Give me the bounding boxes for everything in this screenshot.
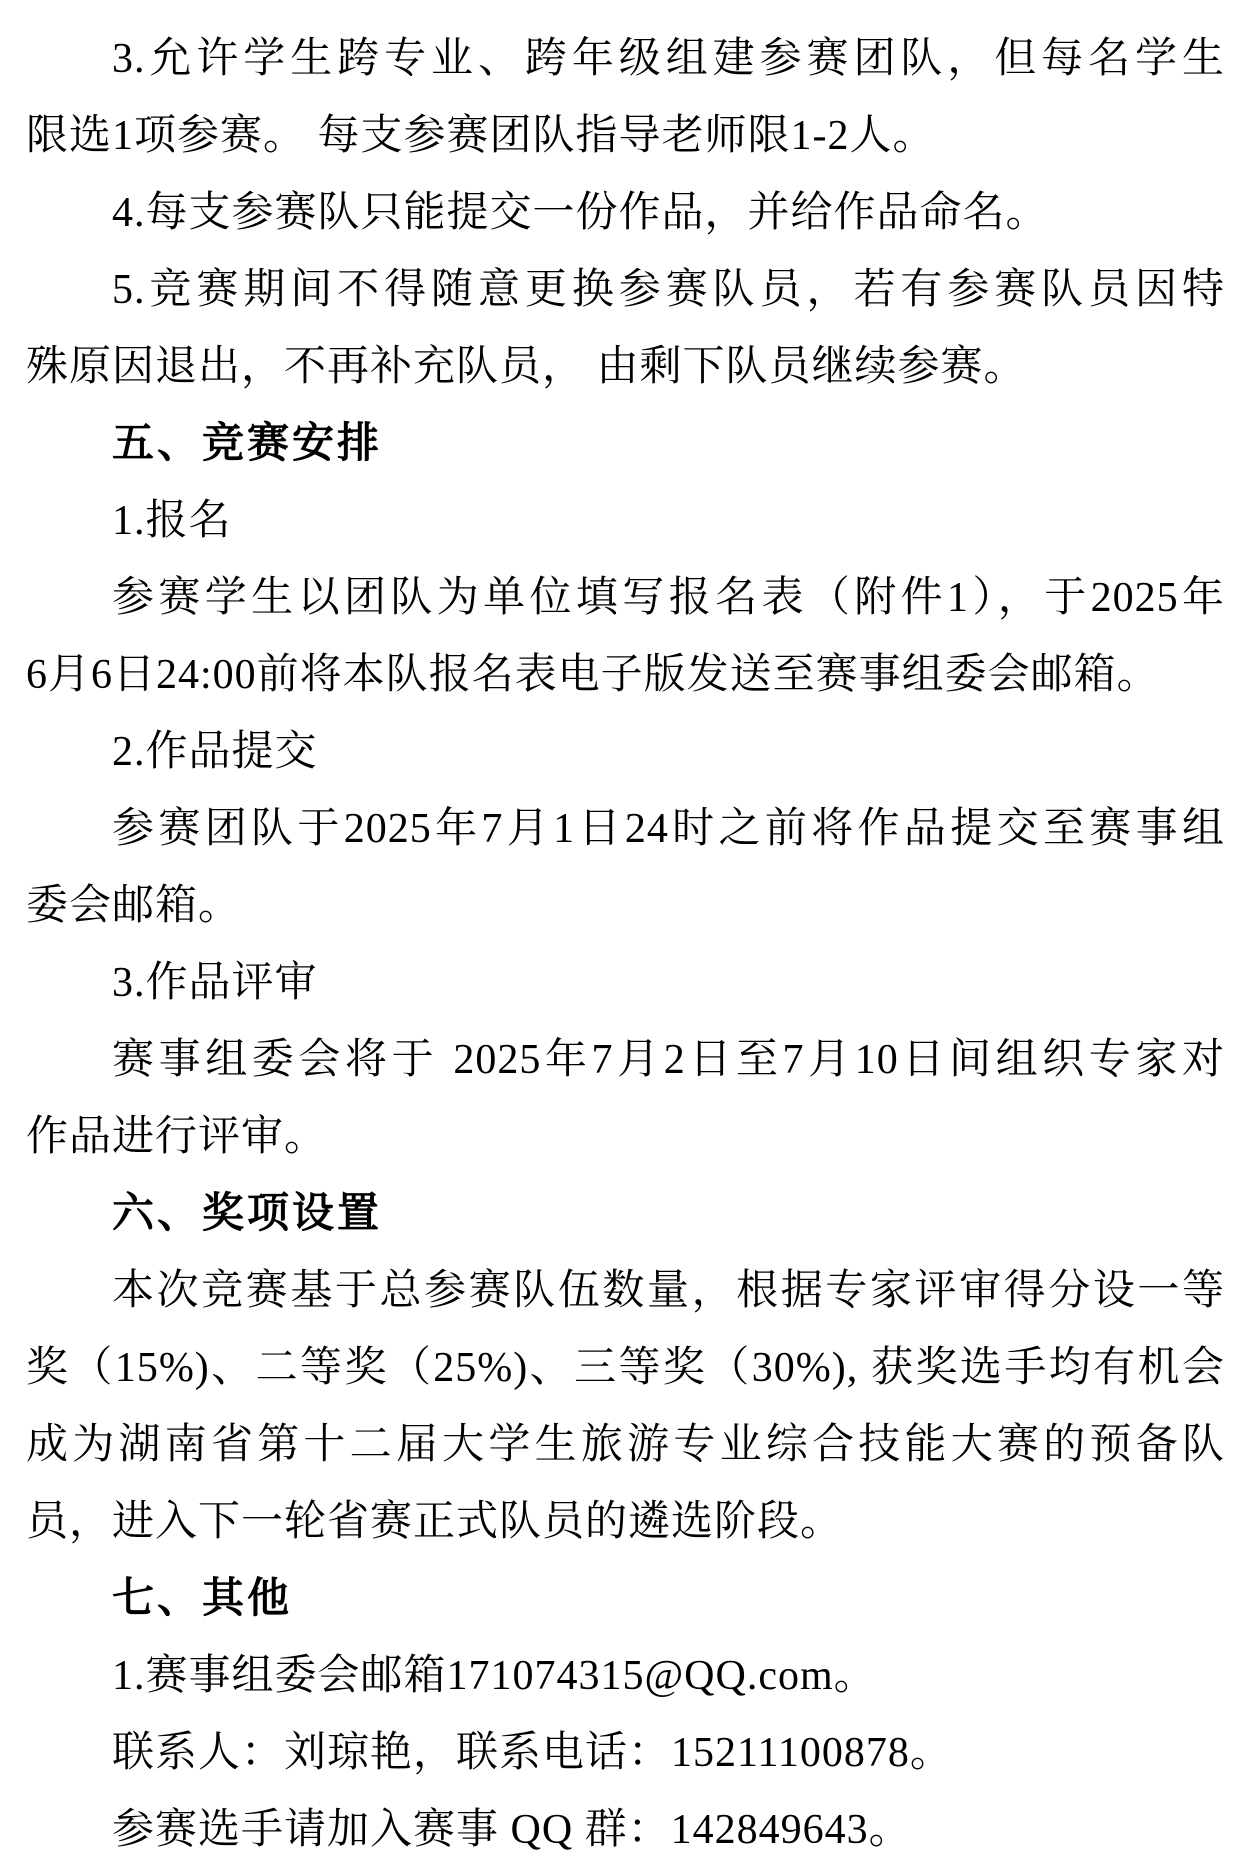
review-para-line-1: 赛事组委会将于 2025年7月2日至7月10日间组织专家对 <box>26 1022 1225 1099</box>
rule-item-3-line-2: 限选1项参赛。 每支参赛团队指导老师限1-2人。 <box>26 98 1225 175</box>
submission-para-line-2: 委会邮箱。 <box>26 868 1225 945</box>
registration-para-line-1: 参赛学生以团队为单位填写报名表（附件1），于2025年 <box>26 560 1225 637</box>
rule-item-4: 4.每支参赛队只能提交一份作品，并给作品命名。 <box>26 175 1225 252</box>
page-content: 3.允许学生跨专业、跨年级组建参赛团队，但每名学生 限选1项参赛。 每支参赛团队… <box>26 21 1225 1869</box>
awards-para-line-3: 成为湖南省第十二届大学生旅游专业综合技能大赛的预备队 <box>26 1407 1225 1484</box>
rule-item-5-line-2: 殊原因退出，不再补充队员， 由剩下队员继续参赛。 <box>26 329 1225 406</box>
schedule-item-submission-title: 2.作品提交 <box>26 714 1225 791</box>
heading-competition-schedule: 五、竞赛安排 <box>26 406 1225 483</box>
heading-awards: 六、奖项设置 <box>26 1176 1225 1253</box>
awards-para-line-1: 本次竞赛基于总参赛队伍数量，根据专家评审得分设一等 <box>26 1253 1225 1330</box>
review-para-line-2: 作品进行评审。 <box>26 1099 1225 1176</box>
committee-email-line: 1.赛事组委会邮箱171074315@QQ.com。 <box>26 1638 1225 1715</box>
contact-person-line: 联系人：刘琼艳，联系电话：15211100878。 <box>26 1715 1225 1792</box>
awards-para-line-4: 员，进入下一轮省赛正式队员的遴选阶段。 <box>26 1484 1225 1561</box>
heading-others: 七、其他 <box>26 1561 1225 1638</box>
schedule-item-registration-title: 1.报名 <box>26 483 1225 560</box>
document-page: 3.允许学生跨专业、跨年级组建参赛团队，但每名学生 限选1项参赛。 每支参赛团队… <box>0 0 1251 1874</box>
rule-item-3-line-1: 3.允许学生跨专业、跨年级组建参赛团队，但每名学生 <box>26 21 1225 98</box>
schedule-item-review-title: 3.作品评审 <box>26 945 1225 1022</box>
qq-group-line: 参赛选手请加入赛事 QQ 群：142849643。 <box>26 1792 1225 1869</box>
rule-item-5-line-1: 5.竞赛期间不得随意更换参赛队员，若有参赛队员因特 <box>26 252 1225 329</box>
awards-para-line-2: 奖（15%)、二等奖（25%)、三等奖（30%), 获奖选手均有机会 <box>26 1330 1225 1407</box>
registration-para-line-2: 6月6日24:00前将本队报名表电子版发送至赛事组委会邮箱。 <box>26 637 1225 714</box>
submission-para-line-1: 参赛团队于2025年7月1日24时之前将作品提交至赛事组 <box>26 791 1225 868</box>
